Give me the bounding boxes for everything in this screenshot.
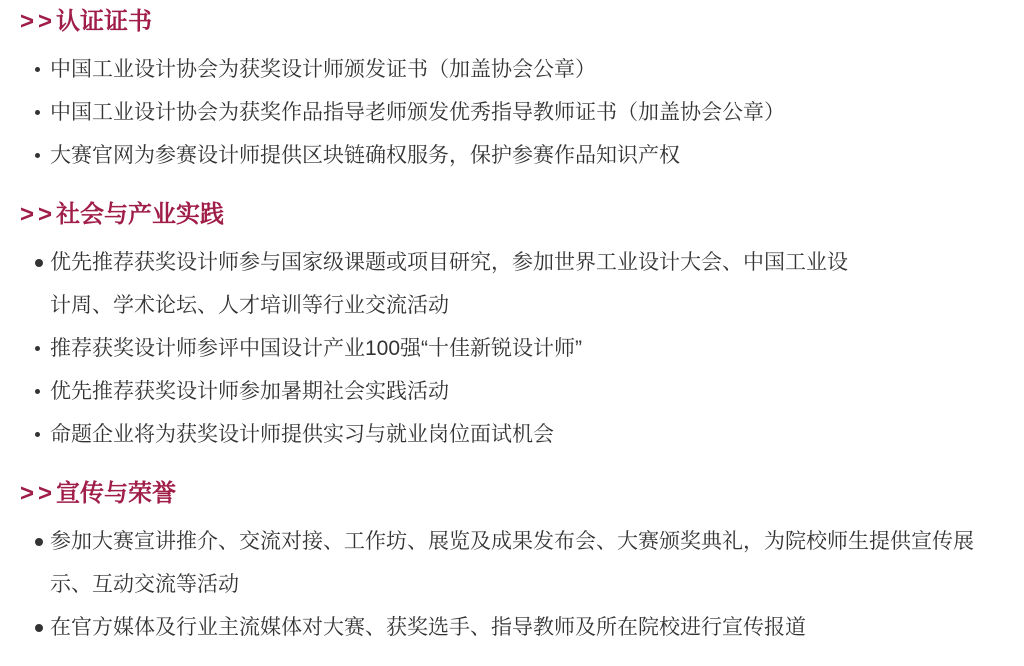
- list-item-text: 优先推荐获奖设计师参与国家级课题或项目研究，参加世界工业设计大会、中国工业设 计…: [50, 251, 848, 317]
- heading-arrows-icon: >>: [20, 480, 56, 507]
- list-item: 大赛官网为参赛设计师提供区块链确权服务，保护参赛作品知识产权: [20, 134, 1004, 177]
- heading-arrows-icon: >>: [20, 8, 56, 35]
- list-item: 在官方媒体及行业主流媒体对大赛、获奖选手、指导教师及所在院校进行宣传报道: [20, 606, 1004, 649]
- heading-label: 宣传与荣誉: [56, 480, 176, 507]
- bullet-icon: [35, 346, 40, 351]
- list-item: 优先推荐获奖设计师参与国家级课题或项目研究，参加世界工业设计大会、中国工业设 计…: [20, 241, 1004, 327]
- benefit-section: >>社会与产业实践 优先推荐获奖设计师参与国家级课题或项目研究，参加世界工业设计…: [20, 197, 1004, 456]
- benefit-section: >>认证证书 中国工业设计协会为获奖设计师颁发证书（加盖协会公章） 中国工业设计…: [20, 4, 1004, 177]
- list-item-text: 在官方媒体及行业主流媒体对大赛、获奖选手、指导教师及所在院校进行宣传报道: [50, 616, 806, 639]
- bullet-icon: [35, 67, 40, 72]
- bullet-icon: [35, 110, 40, 115]
- list-item: 命题企业将为获奖设计师提供实习与就业岗位面试机会: [20, 413, 1004, 456]
- section-heading: >>社会与产业实践: [20, 197, 1004, 233]
- heading-label: 认证证书: [56, 8, 152, 35]
- list-item-text: 命题企业将为获奖设计师提供实习与就业岗位面试机会: [50, 423, 554, 446]
- list-item-text: 参加大赛宣讲推介、交流对接、工作坊、展览及成果发布会、大赛颁奖典礼，为院校师生提…: [50, 530, 974, 596]
- benefit-list: 优先推荐获奖设计师参与国家级课题或项目研究，参加世界工业设计大会、中国工业设 计…: [20, 241, 1004, 456]
- benefit-section: >>宣传与荣誉 参加大赛宣讲推介、交流对接、工作坊、展览及成果发布会、大赛颁奖典…: [20, 476, 1004, 649]
- list-item-text: 推荐获奖设计师参评中国设计产业100强“十佳新锐设计师”: [50, 337, 582, 360]
- section-heading: >>认证证书: [20, 4, 1004, 40]
- list-item-text: 大赛官网为参赛设计师提供区块链确权服务，保护参赛作品知识产权: [50, 144, 680, 167]
- benefit-list: 参加大赛宣讲推介、交流对接、工作坊、展览及成果发布会、大赛颁奖典礼，为院校师生提…: [20, 520, 1004, 649]
- list-item: 参加大赛宣讲推介、交流对接、工作坊、展览及成果发布会、大赛颁奖典礼，为院校师生提…: [20, 520, 1004, 606]
- list-item: 推荐获奖设计师参评中国设计产业100强“十佳新锐设计师”: [20, 327, 1004, 370]
- bullet-icon: [35, 389, 40, 394]
- section-heading: >>宣传与荣誉: [20, 476, 1004, 512]
- list-item-text: 中国工业设计协会为获奖设计师颁发证书（加盖协会公章）: [50, 58, 596, 81]
- list-item-text: 中国工业设计协会为获奖作品指导老师颁发优秀指导教师证书（加盖协会公章）: [50, 101, 785, 124]
- bullet-icon: [35, 538, 43, 546]
- list-item: 中国工业设计协会为获奖设计师颁发证书（加盖协会公章）: [20, 48, 1004, 91]
- benefit-list: 中国工业设计协会为获奖设计师颁发证书（加盖协会公章） 中国工业设计协会为获奖作品…: [20, 48, 1004, 177]
- bullet-icon: [35, 432, 40, 437]
- bullet-icon: [35, 624, 43, 632]
- benefits-content: >>认证证书 中国工业设计协会为获奖设计师颁发证书（加盖协会公章） 中国工业设计…: [0, 0, 1024, 649]
- bullet-icon: [35, 153, 40, 158]
- list-item: 中国工业设计协会为获奖作品指导老师颁发优秀指导教师证书（加盖协会公章）: [20, 91, 1004, 134]
- list-item-text: 优先推荐获奖设计师参加暑期社会实践活动: [50, 380, 449, 403]
- heading-arrows-icon: >>: [20, 201, 56, 228]
- heading-label: 社会与产业实践: [56, 201, 224, 228]
- list-item: 优先推荐获奖设计师参加暑期社会实践活动: [20, 370, 1004, 413]
- bullet-icon: [35, 259, 43, 267]
